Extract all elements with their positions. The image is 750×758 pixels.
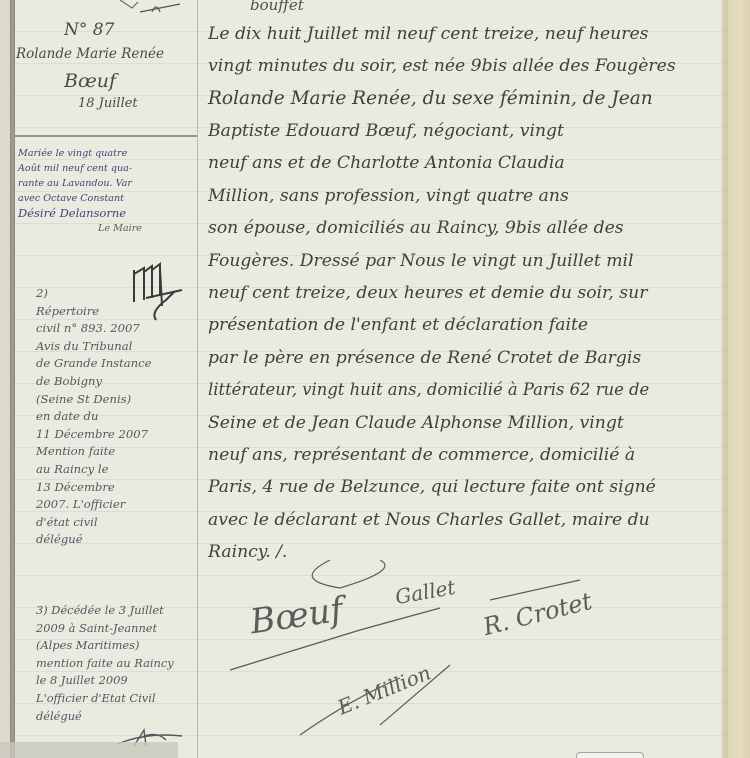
annotation-line: 2009 à Saint-Jeannet — [36, 620, 211, 638]
annotation-line: Mention faite — [36, 443, 201, 461]
annotation-line: délégué — [36, 708, 211, 726]
record-line: par le père en présence de René Crotet d… — [208, 348, 641, 368]
rectification-annotation: 2) Répertoire civil n° 893. 2007 Avis du… — [36, 285, 201, 549]
viewer-scrollbar-thumb[interactable] — [576, 752, 644, 758]
annotation-line: délégué — [36, 531, 201, 549]
margin-date: 18 Juillet — [78, 96, 138, 111]
record-line: Le dix huit Juillet mil neuf cent treize… — [208, 24, 648, 44]
record-line: présentation de l'enfant et déclaration … — [208, 315, 588, 335]
record-line: Million, sans profession, vingt quatre a… — [208, 186, 569, 206]
margin-column: N° 87 Rolande Marie Renée Bœuf 18 Juille… — [16, 0, 196, 758]
record-line: Fougères. Dressé par Nous le vingt un Ju… — [208, 251, 634, 271]
annotation-line: 11 Décembre 2007 — [36, 426, 201, 444]
signature-strokes — [200, 560, 720, 758]
annotation-line: 2007. L'officier — [36, 496, 201, 514]
record-line: Baptiste Edouard Bœuf, négociant, vingt — [208, 121, 564, 141]
annotation-line: Désiré Delansorne — [18, 206, 198, 221]
annotation-line: civil n° 893. 2007 — [36, 320, 201, 338]
annotation-line: Août mil neuf cent qua- — [18, 161, 198, 176]
annotation-line: de Bobigny — [36, 373, 201, 391]
record-line: Seine et de Jean Claude Alphonse Million… — [208, 413, 624, 433]
record-line: neuf ans et de Charlotte Antonia Claudia — [208, 153, 565, 173]
record-line: Paris, 4 rue de Belzunce, qui lecture fa… — [208, 477, 656, 497]
annotation-line: Avis du Tribunal — [36, 338, 201, 356]
binding-rule — [10, 0, 15, 758]
record-line: Rolande Marie Renée, du sexe féminin, de… — [208, 88, 653, 109]
marriage-annotation: Mariée le vingt quatre Août mil neuf cen… — [18, 146, 198, 221]
annotation-line: d'état civil — [36, 514, 201, 532]
margin-given-names: Rolande Marie Renée — [16, 46, 164, 62]
death-annotation: 3) Décédée le 3 Juillet 2009 à Saint-Jea… — [36, 602, 211, 725]
annotation-line: (Alpes Maritimes) — [36, 637, 211, 655]
annotation-line: le 8 Juillet 2009 — [36, 672, 211, 690]
annotation-line: L'officier d'Etat Civil — [36, 690, 211, 708]
annotation-line: Répertoire — [36, 303, 201, 321]
annotation-line: 3) Décédée le 3 Juillet — [36, 602, 211, 620]
margin-family-name: Bœuf — [64, 70, 116, 92]
record-heading: bouffet — [250, 0, 304, 14]
birth-record-body: bouffet Le dix huit Juillet mil neuf cen… — [200, 0, 720, 560]
page-fold — [722, 0, 728, 758]
act-number: N° 87 — [64, 20, 114, 40]
record-line: neuf ans, représentant de commerce, domi… — [208, 445, 635, 465]
record-line: littérateur, vingt huit ans, domicilié à… — [208, 380, 649, 399]
signatures-area: Bœuf Gallet R. Crotet E. Million — [200, 560, 720, 758]
annotation-line: de Grande Instance — [36, 355, 201, 373]
record-line: avec le déclarant et Nous Charles Gallet… — [208, 510, 650, 530]
annotation-line: 13 Décembre — [36, 479, 201, 497]
scan-artifact — [0, 742, 178, 758]
annotation-line: au Raincy le — [36, 461, 201, 479]
annotation-line: mention faite au Raincy — [36, 655, 211, 673]
annotation-line: en date du — [36, 408, 201, 426]
annotation-line: avec Octave Constant — [18, 191, 198, 206]
annotation-line: Mariée le vingt quatre — [18, 146, 198, 161]
annotation-line: rante au Lavandou. Var — [18, 176, 198, 191]
record-line: Raincy. /. — [208, 542, 287, 562]
record-line: neuf cent treize, deux heures et demie d… — [208, 283, 647, 303]
page-edge — [0, 0, 10, 758]
annotation-line: 2) — [36, 285, 201, 303]
annotation-signature: Le Maire — [18, 221, 142, 236]
record-line: son épouse, domiciliés au Raincy, 9bis a… — [208, 218, 624, 238]
record-line: vingt minutes du soir, est née 9bis allé… — [208, 56, 676, 76]
annotation-line: (Seine St Denis) — [36, 391, 201, 409]
scanned-register-page: N° 87 Rolande Marie Renée Bœuf 18 Juille… — [0, 0, 750, 758]
